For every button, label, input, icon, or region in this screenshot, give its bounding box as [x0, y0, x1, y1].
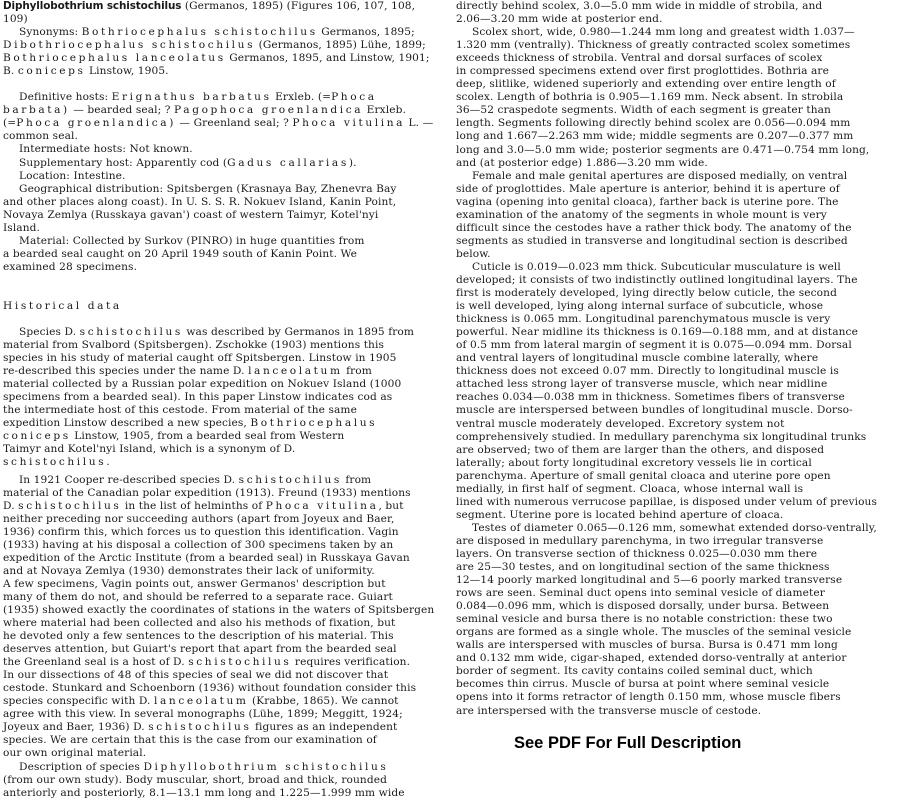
text: he devoted only a few sentences to the d…: [3, 630, 394, 642]
text: (=: [3, 117, 16, 129]
text-line: lined with numerous verrucose papillae, …: [456, 496, 898, 509]
text-line: D. schistochilus in the list of helminth…: [3, 500, 445, 513]
anatomy-description: directly behind scolex, 3.0—5.0 mm wide …: [456, 0, 898, 718]
text-line: side of proglottides. Male aperture is a…: [456, 183, 898, 196]
text-line: and at Novaya Zemlya (1930) demonstrates…: [3, 565, 445, 578]
text: Germanos, 1895;: [318, 26, 415, 38]
text-line: where material had been collected and al…: [3, 617, 445, 630]
text-line: border of segment. Its cavity contains c…: [456, 665, 898, 678]
text-line: is well developed, lying along internal …: [456, 300, 898, 313]
historical-data-heading: Historical data: [3, 300, 445, 313]
text-line: neither preceding nor succeeding authors…: [3, 513, 445, 526]
left-column: Diphyllobothrium schistochilus (Germanos…: [3, 0, 445, 800]
synonyms-block: Synonyms: Bothriocephalus schistochilus …: [3, 26, 445, 78]
taxon-name: barbata): [3, 104, 70, 116]
text-line: exceeds thickness of strobila. Ventral a…: [456, 52, 898, 65]
text-line: thickness does not exceed 0.07 mm. Direc…: [456, 365, 898, 378]
text: the Greenland seal is a host of D.: [3, 656, 188, 668]
text-line: (from our own study). Body muscular, sho…: [3, 774, 445, 787]
supplementary-host: Supplementary host: Apparently cod (Gadu…: [3, 157, 445, 170]
supplementary-species: Gadus callarias: [227, 157, 349, 169]
taxon-name: schistochilus: [239, 474, 342, 486]
text: material from Svalbord (Spitsbergen). Zs…: [3, 339, 384, 351]
text-line: Definitive hosts: Erignathus barbatus Er…: [3, 91, 445, 104]
text-line: medially, in first half of segment. Cloa…: [456, 483, 898, 496]
text-line: first is moderately developed, lying dir…: [456, 287, 898, 300]
text: neither preceding nor succeeding authors…: [3, 513, 395, 525]
text: species conspecific with D.: [3, 695, 154, 707]
text: figures as an independent: [252, 721, 398, 733]
taxon-name: coniceps: [3, 430, 71, 442]
text-line: laterally; about forty longitudinal excr…: [456, 457, 898, 470]
text-line: deserves attention, but Guiart's report …: [3, 643, 445, 656]
text-line: layers. On transverse section of thickne…: [456, 548, 898, 561]
text-line: B. coniceps Linstow, 1905.: [3, 65, 445, 78]
text-line: anteriorly and posteriorly, 8.1—13.1 mm …: [3, 787, 445, 800]
text: common seal.: [3, 130, 78, 142]
text-line: Female and male genital apertures are di…: [456, 170, 898, 183]
taxon-name: Pagophoca groenlandica: [174, 104, 363, 116]
text: in the list of helminths of: [121, 500, 265, 512]
text-line: segments as studied in transverse and lo…: [456, 235, 898, 248]
text: Germanos, 1895, and Linstow, 1901;: [226, 52, 430, 64]
text-line: powerful. Near midline its thickness is …: [456, 326, 898, 339]
text: L. —: [405, 117, 433, 129]
taxon-name: schistochilus.: [3, 456, 112, 468]
text: — Greenland seal; ?: [176, 117, 292, 129]
text-line: he devoted only a few sentences to the d…: [3, 630, 445, 643]
text-line: the Greenland seal is a host of D. schis…: [3, 656, 445, 669]
text-line: segment. Uterine pore is located behind …: [456, 509, 898, 522]
text-line: schistochilus.: [3, 456, 445, 469]
text: the intermediate host of this cestode. F…: [3, 404, 357, 416]
text: was described by Germanos in 1895 from: [183, 326, 414, 338]
text: D.: [3, 500, 18, 512]
text-line: In our dissections of 48 of this species…: [3, 669, 445, 682]
text-line: developed; it consists of two indistinct…: [456, 274, 898, 287]
text: our own original material.: [3, 747, 146, 759]
text: In 1921 Cooper re-described species D.: [19, 474, 239, 486]
text-line: Taimyr and Kotel'nyi Island, which is a …: [3, 443, 445, 456]
taxon-name: Phoca vitulina: [292, 117, 405, 129]
species-title-authority: (Germanos, 1895) (Figures 106, 107, 108,: [181, 0, 415, 12]
text: material of the Canadian polar expeditio…: [3, 487, 411, 499]
text-line: the intermediate host of this cestode. F…: [3, 404, 445, 417]
text: agree with this view. In several monogra…: [3, 708, 403, 720]
text-line: scolex. Length of bothria is 0.905—1.169…: [456, 91, 898, 104]
taxon-name: schistochilus: [148, 721, 251, 733]
text: (Krabbe, 1865). We cannot: [249, 695, 399, 707]
taxon-name: Bothriocephalus lanceolatus: [3, 52, 226, 64]
text: Taimyr and Kotel'nyi Island, which is a …: [3, 443, 295, 455]
text-line: long and 1.667—2.263 mm wide; middle seg…: [456, 130, 898, 143]
text: Definitive hosts:: [19, 91, 112, 103]
taxon-name: Bothriocephalus: [250, 417, 377, 429]
text-line: and (at posterior edge) 1.886—3.20 mm wi…: [456, 157, 898, 170]
text: Erxleb.: [363, 104, 406, 116]
text-line: expedition of the Arctic Institute (from…: [3, 552, 445, 565]
text: specimens from a bearded seal). In this …: [3, 391, 392, 403]
text-line: difficult since the cestodes have a rath…: [456, 222, 898, 235]
taxon-name: Erignathus barbatus: [112, 91, 272, 103]
taxon-name: coniceps: [18, 65, 86, 77]
text: , but: [378, 500, 403, 512]
taxon-name: Diphyllobothrium schistochilus: [143, 761, 388, 773]
text: re-described this species under the name…: [3, 365, 248, 377]
text-line: and ventral layers of longitudinal muscl…: [456, 352, 898, 365]
text-line: becomes thin cirrus. Muscle of bursa at …: [456, 678, 898, 691]
text-line: (=Phoca groenlandica) — Greenland seal; …: [3, 117, 445, 130]
text: requires verification.: [291, 656, 410, 668]
text: — bearded seal; ?: [70, 104, 174, 116]
species-title-line: Diphyllobothrium schistochilus (Germanos…: [3, 0, 445, 13]
historical-paragraph-2: In 1921 Cooper re-described species D. s…: [3, 474, 445, 761]
text: 1936) confirm this, which forces us to q…: [3, 526, 399, 538]
text-line: are 25—30 testes, and on longitudinal se…: [456, 561, 898, 574]
text-line: Description of species Diphyllobothrium …: [3, 761, 445, 774]
text-line: 1.320 mm (ventrally). Thickness of great…: [456, 39, 898, 52]
text-line: many of them do not, and should be refer…: [3, 591, 445, 604]
text: anteriorly and posteriorly, 8.1—13.1 mm …: [3, 787, 405, 799]
text-line: Dibothriocephalus schistochilus (Germano…: [3, 39, 445, 52]
text-line: Joyeux and Baer, 1936) D. schistochilus …: [3, 721, 445, 734]
text-line: Island.: [3, 222, 445, 235]
text: material collected by a Russian polar ex…: [3, 378, 401, 390]
text-line: (1935) showed exactly the coordinates of…: [3, 604, 445, 617]
text-line: long and 3.0—5.0 mm wide; posterior segm…: [456, 144, 898, 157]
text-line: and 0.132 mm wide, cigar-shaped, extende…: [456, 652, 898, 665]
text-line: 12—14 poorly marked longitudinal and 5—6…: [456, 574, 898, 587]
text-line: common seal.: [3, 130, 445, 143]
text-line: seminal vesicle and bursa there is no no…: [456, 613, 898, 626]
text-line: In 1921 Cooper re-described species D. s…: [3, 474, 445, 487]
text-line: 1936) confirm this, which forces us to q…: [3, 526, 445, 539]
text-line: muscle are interspersed between bundles …: [456, 404, 898, 417]
text-line: opens into it forms retractor of length …: [456, 691, 898, 704]
text: Erxleb. (=: [272, 91, 331, 103]
taxon-name: schistochilus: [188, 656, 291, 668]
text-line: material collected by a Russian polar ex…: [3, 378, 445, 391]
text: Joyeux and Baer, 1936) D.: [3, 721, 148, 733]
text: A few specimens, Vagin points out, answe…: [3, 578, 386, 590]
taxon-name: lanceolatum: [154, 695, 249, 707]
text: deserves attention, but Guiart's report …: [3, 643, 397, 655]
text-line: a bearded seal caught on 20 April 1949 s…: [3, 248, 445, 261]
geographical-distribution: Geographical distribution: Spitsbergen (…: [3, 183, 445, 235]
text-line: species conspecific with D. lanceolatum …: [3, 695, 445, 708]
text-line: examination of the anatomy of the segmen…: [456, 209, 898, 222]
text-line: 36—52 craspedote segments. Width of each…: [456, 104, 898, 117]
text: expedition Linstow described a new speci…: [3, 417, 250, 429]
text: In our dissections of 48 of this species…: [3, 669, 388, 681]
text-line: 0.084—0.096 mm, which is disposed dorsal…: [456, 600, 898, 613]
text-line: length. Segments following directly behi…: [456, 117, 898, 130]
text: from: [343, 365, 372, 377]
taxon-name: Phoca vitulina: [266, 500, 379, 512]
text: B.: [3, 65, 18, 77]
taxon-name: Dibothriocephalus schistochilus: [3, 39, 255, 51]
see-pdf-notice: See PDF For Full Description: [514, 734, 741, 753]
text-line: are observed; two of them are larger tha…: [456, 444, 898, 457]
text-line: Testes of diameter 0.065—0.126 mm, somew…: [456, 522, 898, 535]
text-line: comprehensively studied. In medullary pa…: [456, 431, 898, 444]
taxon-name: Phoca groenlandica): [16, 117, 176, 129]
taxon-name: schistochilus: [80, 326, 183, 338]
text-line: species in his study of material caught …: [3, 352, 445, 365]
text: Linstow, 1905.: [86, 65, 169, 77]
text-line: barbata) — bearded seal; ? Pagophoca gro…: [3, 104, 445, 117]
text-line: in compressed specimens extend over firs…: [456, 65, 898, 78]
supplementary-close: ).: [349, 157, 357, 169]
text-line: Cuticle is 0.019—0.023 mm thick. Subcuti…: [456, 261, 898, 274]
text: Synonyms:: [19, 26, 82, 38]
text: cestode. Stunkard and Schoenborn (1936) …: [3, 682, 416, 694]
text: species in his study of material caught …: [3, 352, 396, 364]
taxon-name: Bothriocephalus schistochilus: [82, 26, 318, 38]
text-line: Geographical distribution: Spitsbergen (…: [3, 183, 445, 196]
text-line: 2.06—3.20 mm wide at posterior end.: [456, 13, 898, 26]
text-line: reaches 0.034—0.038 mm in thickness. Som…: [456, 391, 898, 404]
text-line: A few specimens, Vagin points out, answe…: [3, 578, 445, 591]
text: (from our own study). Body muscular, sho…: [3, 774, 387, 786]
text-line: ventral muscle moderately developed. Exc…: [456, 418, 898, 431]
taxon-name: schistochilus: [18, 500, 121, 512]
text-line: re-described this species under the name…: [3, 365, 445, 378]
text-line: Bothriocephalus lanceolatus Germanos, 18…: [3, 52, 445, 65]
text-line: species. We are certain that this is the…: [3, 734, 445, 747]
taxon-name: lanceolatum: [248, 365, 343, 377]
text-line: organs are formed as a single whole. The…: [456, 626, 898, 639]
text-line: cestode. Stunkard and Schoenborn (1936) …: [3, 682, 445, 695]
text: (1935) showed exactly the coordinates of…: [3, 604, 434, 616]
text: (Germanos, 1895) Lühe, 1899;: [255, 39, 426, 51]
material-block: Material: Collected by Surkov (PINRO) in…: [3, 235, 445, 274]
text-line: thickness is 0.065 mm. Longitudinal pare…: [456, 313, 898, 326]
text: many of them do not, and should be refer…: [3, 591, 393, 603]
text-line: are interspersed with the transverse mus…: [456, 705, 898, 718]
text-line: Synonyms: Bothriocephalus schistochilus …: [3, 26, 445, 39]
text-line: material from Svalbord (Spitsbergen). Zs…: [3, 339, 445, 352]
text: Linstow, 1905, from a bearded seal from …: [71, 430, 345, 442]
description-paragraph: Description of species Diphyllobothrium …: [3, 761, 445, 800]
text-line: walls are interspersed with muscles of b…: [456, 639, 898, 652]
text-line: parenchyma. Aperture of small genital cl…: [456, 470, 898, 483]
text: species. We are certain that this is the…: [3, 734, 377, 746]
text-line: directly behind scolex, 3.0—5.0 mm wide …: [456, 0, 898, 13]
text-line: vagina (opening into genital cloaca), fa…: [456, 196, 898, 209]
text: Species D.: [19, 326, 80, 338]
text-line: below.: [456, 248, 898, 261]
text-line: specimens from a bearded seal). In this …: [3, 391, 445, 404]
text: (1933) having at his disposal a collecti…: [3, 539, 393, 551]
taxon-name: Phoca: [331, 91, 377, 103]
text-line: and other places along coast). In U. S. …: [3, 196, 445, 209]
text-line: our own original material.: [3, 747, 445, 760]
text-line: deep, slitlike, widened superiorly and e…: [456, 78, 898, 91]
right-column: directly behind scolex, 3.0—5.0 mm wide …: [456, 0, 898, 718]
species-title: Diphyllobothrium schistochilus: [3, 0, 181, 12]
text: expedition of the Arctic Institute (from…: [3, 552, 410, 564]
text-line: of 0.5 mm from lateral margin of segment…: [456, 339, 898, 352]
historical-paragraph-1: Species D. schistochilus was described b…: [3, 326, 445, 470]
text-line: expedition Linstow described a new speci…: [3, 417, 445, 430]
intermediate-hosts: Intermediate hosts: Not known.: [3, 143, 445, 156]
text-line: attached less strong layer of transverse…: [456, 378, 898, 391]
text-line: agree with this view. In several monogra…: [3, 708, 445, 721]
text-line: Novaya Zemlya (Russkaya gavan') coast of…: [3, 209, 445, 222]
text-line: Material: Collected by Surkov (PINRO) in…: [3, 235, 445, 248]
text-line: Species D. schistochilus was described b…: [3, 326, 445, 339]
text: where material had been collected and al…: [3, 617, 395, 629]
text: and at Novaya Zemlya (1930) demonstrates…: [3, 565, 375, 577]
definitive-hosts-block: Definitive hosts: Erignathus barbatus Er…: [3, 91, 445, 143]
text-line: material of the Canadian polar expeditio…: [3, 487, 445, 500]
text-line: (1933) having at his disposal a collecti…: [3, 539, 445, 552]
text: Description of species: [19, 761, 143, 773]
text-line: examined 28 specimens.: [3, 261, 445, 274]
species-title-cont: 109): [3, 13, 445, 26]
text: from: [342, 474, 371, 486]
text-line: coniceps Linstow, 1905, from a bearded s…: [3, 430, 445, 443]
text-line: rows are seen. Seminal duct opens into s…: [456, 587, 898, 600]
text-line: Scolex short, wide, 0.980—1.244 mm long …: [456, 26, 898, 39]
location: Location: Intestine.: [3, 170, 445, 183]
supplementary-label: Supplementary host: Apparently cod (: [19, 157, 227, 169]
text-line: are disposed in medullary parenchyma, in…: [456, 535, 898, 548]
